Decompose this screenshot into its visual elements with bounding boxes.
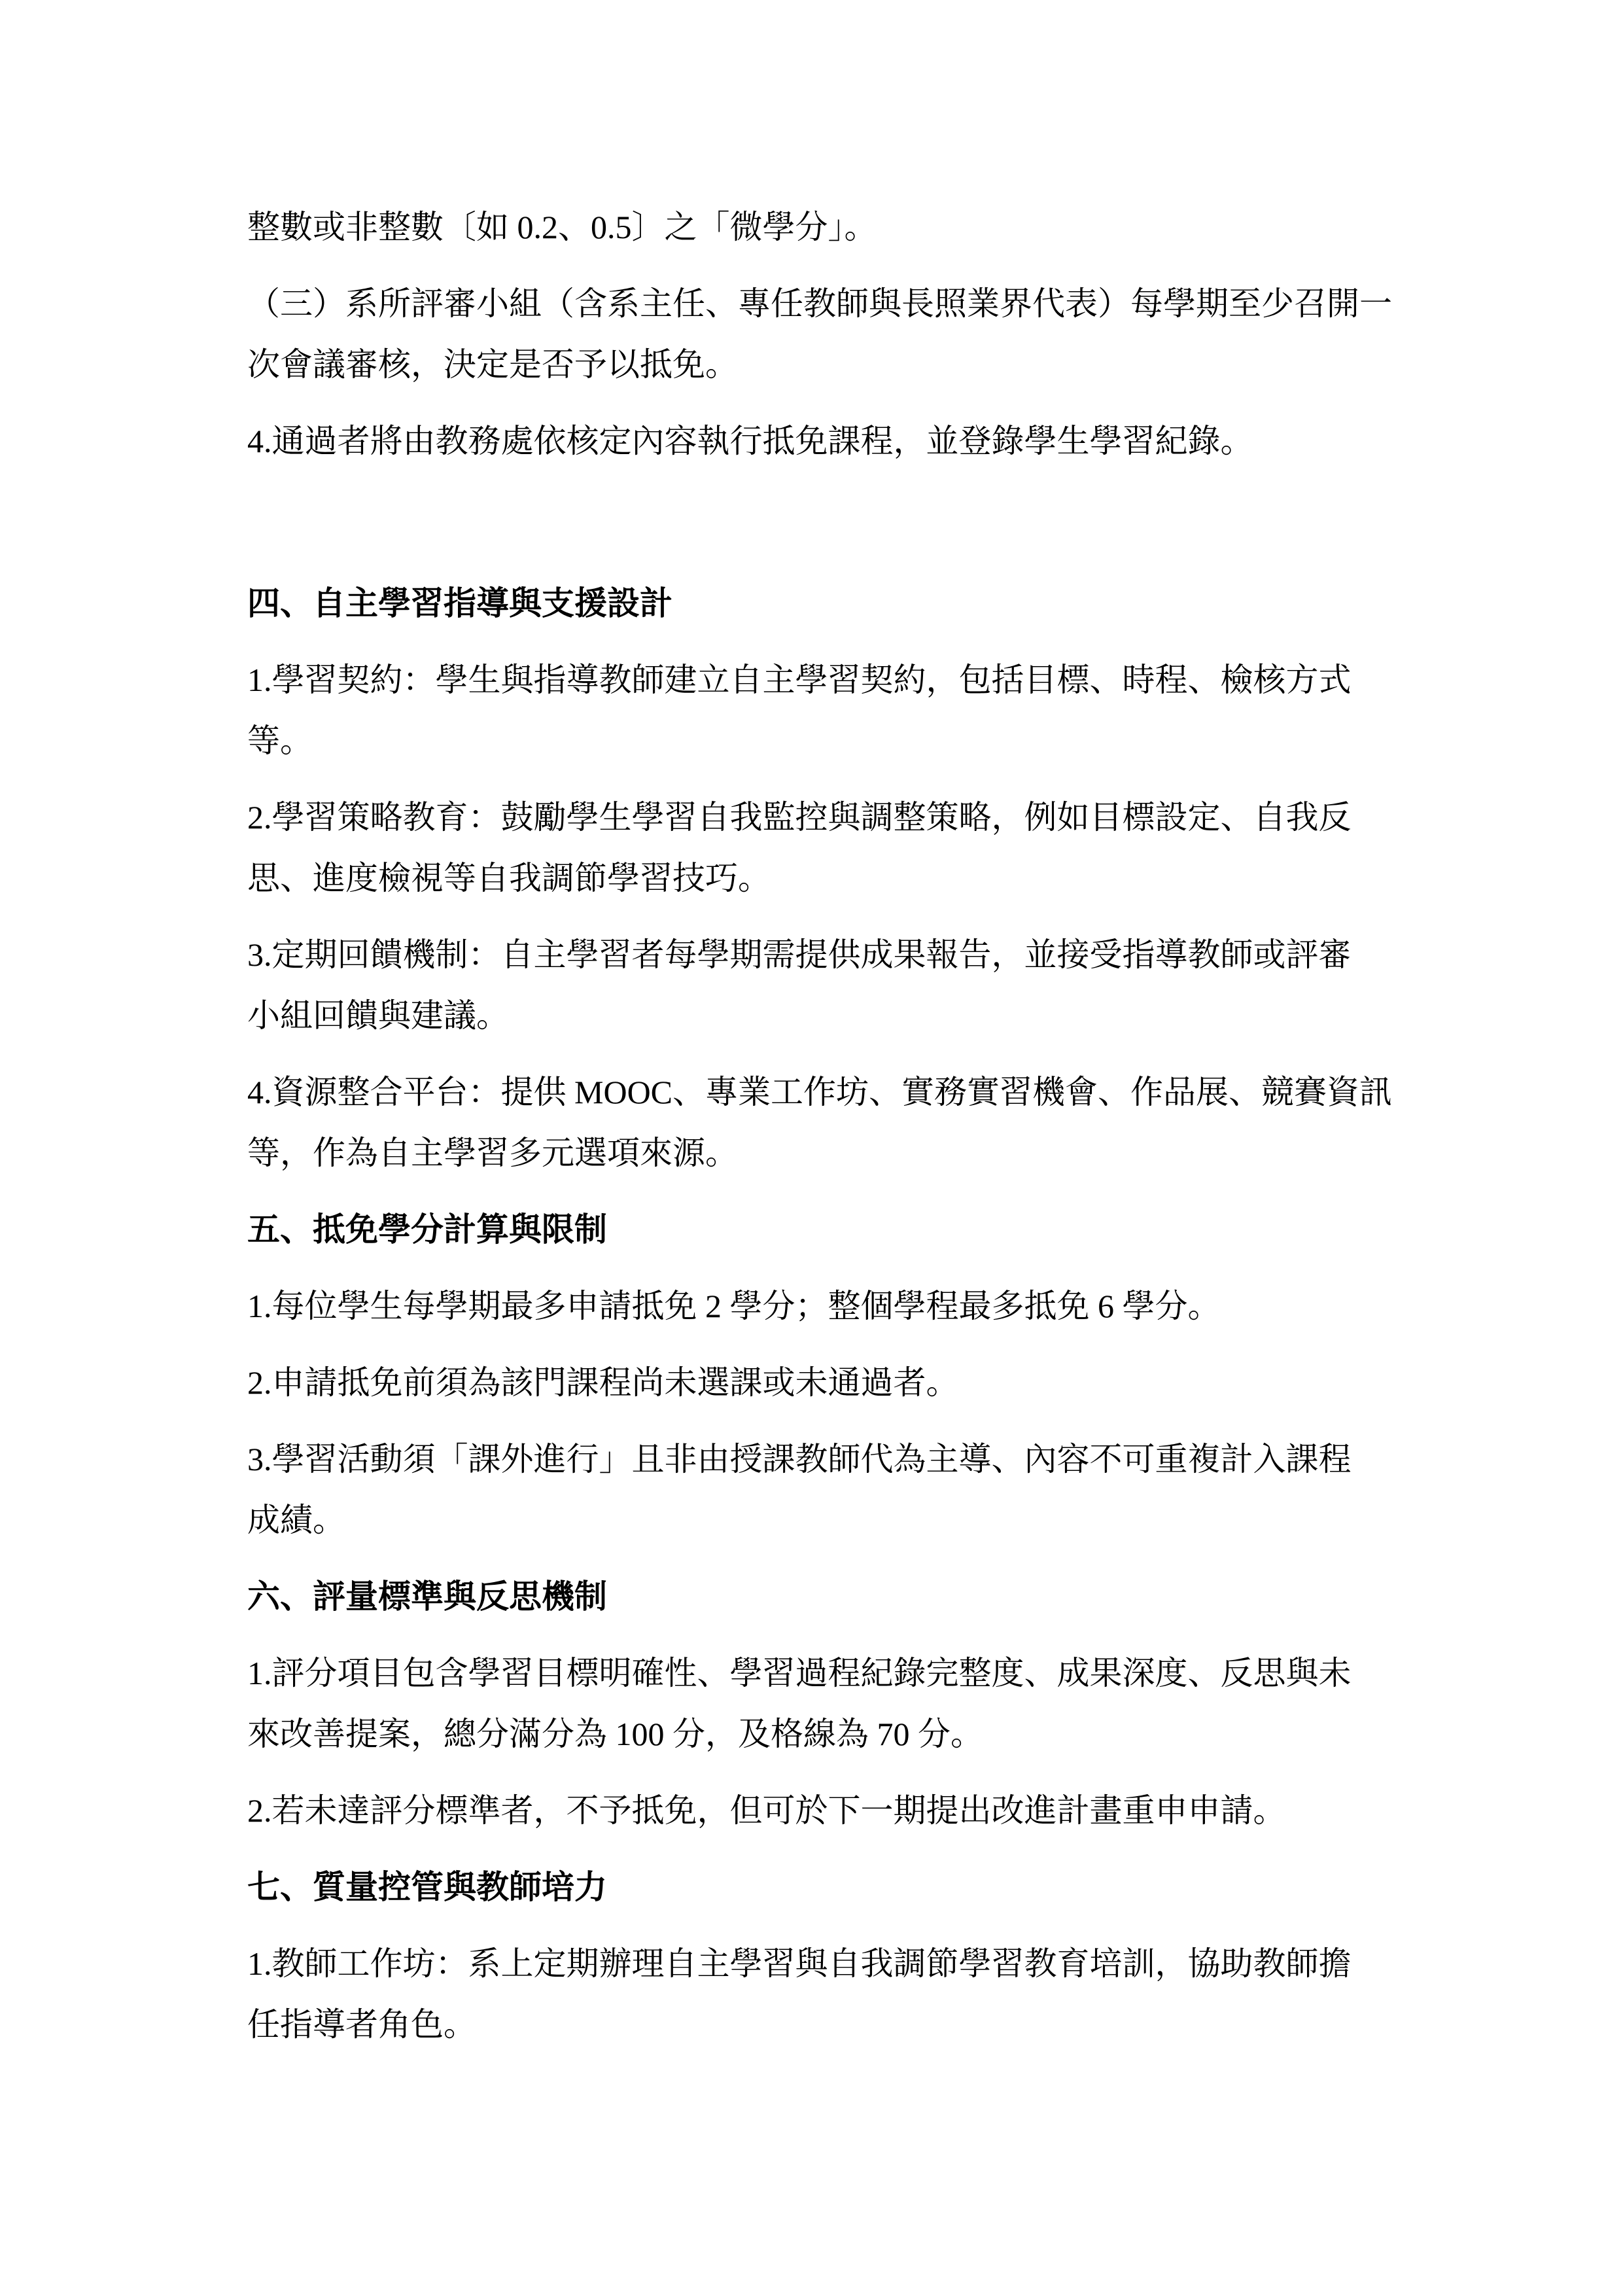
- document-line: 整數或非整數〔如 0.2、0.5〕之「微學分」。: [247, 197, 1399, 258]
- document-line: 來改善提案，總分滿分為 100 分，及格線為 70 分。: [247, 1704, 1399, 1765]
- section-heading: 五、抵免學分計算與限制: [247, 1199, 1399, 1260]
- document-line: 1.學習契約：學生與指導教師建立自主學習契約，包括目標、時程、檢核方式: [247, 650, 1399, 711]
- document-line: 1.每位學生每學期最多申請抵免 2 學分；整個學程最多抵免 6 學分。: [247, 1276, 1399, 1337]
- paragraph: 2.若未達評分標準者，不予抵免，但可於下一期提出改進計畫重申申請。: [247, 1780, 1399, 1841]
- document-line: 思、進度檢視等自我調節學習技巧。: [247, 848, 1399, 909]
- document-line: 4.通過者將由教務處依核定內容執行抵免課程，並登錄學生學習紀錄。: [247, 411, 1399, 472]
- document-line: 3.定期回饋機制：自主學習者每學期需提供成果報告，並接受指導教師或評審: [247, 925, 1399, 985]
- heading-line: 七、質量控管與教師培力: [247, 1857, 1399, 1918]
- section-gap: [247, 487, 1399, 557]
- paragraph: 3.定期回饋機制：自主學習者每學期需提供成果報告，並接受指導教師或評審小組回饋與…: [247, 925, 1399, 1046]
- paragraph: 整數或非整數〔如 0.2、0.5〕之「微學分」。: [247, 197, 1399, 258]
- paragraph: 4.通過者將由教務處依核定內容執行抵免課程，並登錄學生學習紀錄。: [247, 411, 1399, 472]
- document-page: 整數或非整數〔如 0.2、0.5〕之「微學分」。（三）系所評審小組（含系主任、專…: [0, 0, 1623, 2296]
- section-heading: 四、自主學習指導與支援設計: [247, 573, 1399, 634]
- document-line: 任指導者角色。: [247, 1994, 1399, 2055]
- document-line: 2.申請抵免前須為該門課程尚未選課或未通過者。: [247, 1352, 1399, 1413]
- document-line: 4.資源整合平台：提供 MOOC、專業工作坊、實務實習機會、作品展、競賽資訊: [247, 1062, 1399, 1123]
- heading-line: 四、自主學習指導與支援設計: [247, 573, 1399, 634]
- document-line: 成績。: [247, 1490, 1399, 1551]
- heading-line: 六、評量標準與反思機制: [247, 1566, 1399, 1627]
- document-line: 小組回饋與建議。: [247, 985, 1399, 1046]
- document-line: 1.評分項目包含學習目標明確性、學習過程紀錄完整度、成果深度、反思與未: [247, 1643, 1399, 1704]
- document-line: 等。: [247, 711, 1399, 771]
- document-line: 2.學習策略教育：鼓勵學生學習自我監控與調整策略，例如目標設定、自我反: [247, 787, 1399, 848]
- paragraph: 1.評分項目包含學習目標明確性、學習過程紀錄完整度、成果深度、反思與未來改善提案…: [247, 1643, 1399, 1765]
- paragraph: 2.學習策略教育：鼓勵學生學習自我監控與調整策略，例如目標設定、自我反思、進度檢…: [247, 787, 1399, 909]
- document-line: 2.若未達評分標準者，不予抵免，但可於下一期提出改進計畫重申申請。: [247, 1780, 1399, 1841]
- paragraph: 3.學習活動須「課外進行」且非由授課教師代為主導、內容不可重複計入課程成績。: [247, 1429, 1399, 1551]
- paragraph: 1.學習契約：學生與指導教師建立自主學習契約，包括目標、時程、檢核方式等。: [247, 650, 1399, 771]
- section-heading: 六、評量標準與反思機制: [247, 1566, 1399, 1627]
- paragraph: （三）系所評審小組（含系主任、專任教師與長照業界代表）每學期至少召開一次會議審核…: [247, 274, 1399, 395]
- document-line: 次會議審核，決定是否予以抵免。: [247, 334, 1399, 395]
- text-column: 整數或非整數〔如 0.2、0.5〕之「微學分」。（三）系所評審小組（含系主任、專…: [247, 197, 1399, 2071]
- document-line: （三）系所評審小組（含系主任、專任教師與長照業界代表）每學期至少召開一: [247, 274, 1399, 334]
- paragraph: 1.每位學生每學期最多申請抵免 2 學分；整個學程最多抵免 6 學分。: [247, 1276, 1399, 1337]
- heading-line: 五、抵免學分計算與限制: [247, 1199, 1399, 1260]
- section-heading: 七、質量控管與教師培力: [247, 1857, 1399, 1918]
- document-line: 等，作為自主學習多元選項來源。: [247, 1123, 1399, 1184]
- paragraph: 1.教師工作坊：系上定期辦理自主學習與自我調節學習教育培訓，協助教師擔任指導者角…: [247, 1934, 1399, 2055]
- paragraph: 2.申請抵免前須為該門課程尚未選課或未通過者。: [247, 1352, 1399, 1413]
- document-line: 1.教師工作坊：系上定期辦理自主學習與自我調節學習教育培訓，協助教師擔: [247, 1934, 1399, 1994]
- paragraph: 4.資源整合平台：提供 MOOC、專業工作坊、實務實習機會、作品展、競賽資訊等，…: [247, 1062, 1399, 1184]
- document-line: 3.學習活動須「課外進行」且非由授課教師代為主導、內容不可重複計入課程: [247, 1429, 1399, 1490]
